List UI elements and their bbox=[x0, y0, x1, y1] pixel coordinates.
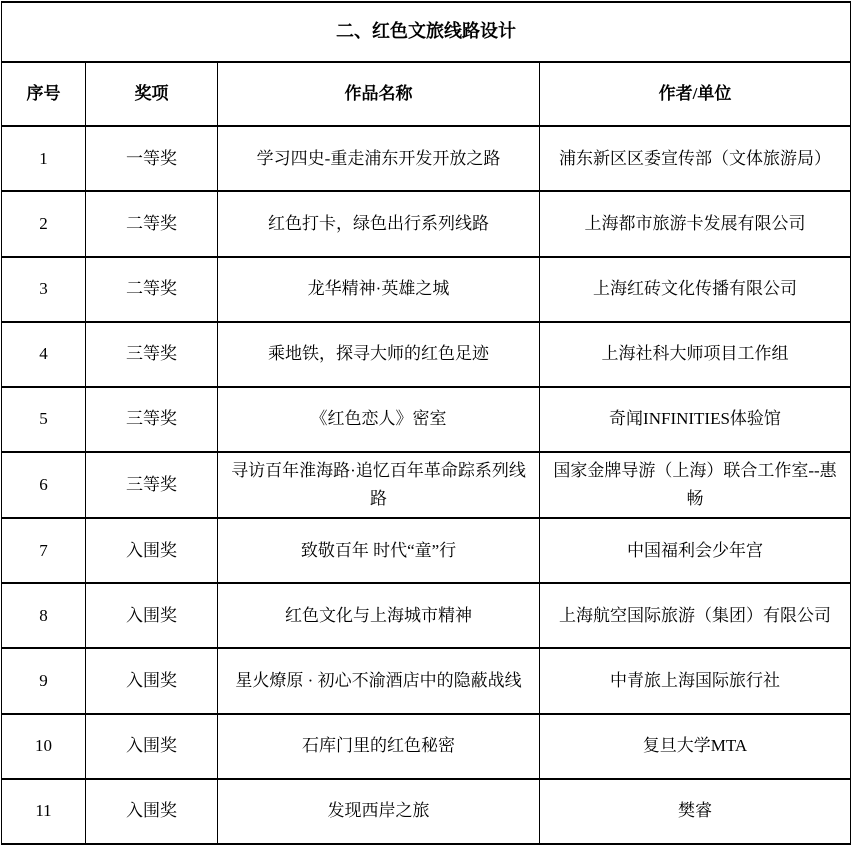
award-table: 二、红色文旅线路设计 序号 奖项 作品名称 作者/单位 1 一等奖 学习四史-重… bbox=[1, 1, 851, 845]
header-author: 作者/单位 bbox=[540, 62, 851, 126]
header-award: 奖项 bbox=[86, 62, 218, 126]
cell-award: 入围奖 bbox=[86, 714, 218, 779]
cell-author: 上海航空国际旅游（集团）有限公司 bbox=[540, 583, 851, 648]
cell-award: 二等奖 bbox=[86, 257, 218, 322]
cell-author: 樊睿 bbox=[540, 779, 851, 844]
cell-no: 11 bbox=[2, 779, 86, 844]
cell-author: 中青旅上海国际旅行社 bbox=[540, 648, 851, 713]
table-row: 5 三等奖 《红色恋人》密室 奇闻INFINITIES体验馆 bbox=[2, 387, 851, 452]
header-work: 作品名称 bbox=[218, 62, 540, 126]
cell-no: 3 bbox=[2, 257, 86, 322]
cell-author: 上海都市旅游卡发展有限公司 bbox=[540, 191, 851, 256]
cell-author: 国家金牌导游（上海）联合工作室--惠畅 bbox=[540, 452, 851, 518]
header-no: 序号 bbox=[2, 62, 86, 126]
table-row: 4 三等奖 乘地铁，探寻大师的红色足迹 上海社科大师项目工作组 bbox=[2, 322, 851, 387]
cell-no: 7 bbox=[2, 518, 86, 583]
cell-no: 10 bbox=[2, 714, 86, 779]
cell-award: 三等奖 bbox=[86, 387, 218, 452]
table-row: 11 入围奖 发现西岸之旅 樊睿 bbox=[2, 779, 851, 844]
cell-work: 学习四史-重走浦东开发开放之路 bbox=[218, 126, 540, 191]
table-row: 7 入围奖 致敬百年 时代“童”行 中国福利会少年宫 bbox=[2, 518, 851, 583]
document-page: 二、红色文旅线路设计 序号 奖项 作品名称 作者/单位 1 一等奖 学习四史-重… bbox=[0, 0, 851, 846]
cell-work: 红色打卡，绿色出行系列线路 bbox=[218, 191, 540, 256]
cell-work: 《红色恋人》密室 bbox=[218, 387, 540, 452]
cell-award: 入围奖 bbox=[86, 648, 218, 713]
cell-award: 一等奖 bbox=[86, 126, 218, 191]
cell-no: 1 bbox=[2, 126, 86, 191]
cell-no: 9 bbox=[2, 648, 86, 713]
table-title-row: 二、红色文旅线路设计 bbox=[2, 2, 851, 62]
cell-no: 5 bbox=[2, 387, 86, 452]
cell-work: 红色文化与上海城市精神 bbox=[218, 583, 540, 648]
cell-author: 上海红砖文化传播有限公司 bbox=[540, 257, 851, 322]
cell-author: 复旦大学MTA bbox=[540, 714, 851, 779]
cell-work: 龙华精神·英雄之城 bbox=[218, 257, 540, 322]
table-row: 8 入围奖 红色文化与上海城市精神 上海航空国际旅游（集团）有限公司 bbox=[2, 583, 851, 648]
cell-author: 浦东新区区委宣传部（文体旅游局） bbox=[540, 126, 851, 191]
cell-award: 入围奖 bbox=[86, 583, 218, 648]
table-row: 6 三等奖 寻访百年淮海路·追忆百年革命踪系列线路 国家金牌导游（上海）联合工作… bbox=[2, 452, 851, 518]
cell-award: 三等奖 bbox=[86, 322, 218, 387]
cell-author: 上海社科大师项目工作组 bbox=[540, 322, 851, 387]
cell-work: 乘地铁，探寻大师的红色足迹 bbox=[218, 322, 540, 387]
table-row: 2 二等奖 红色打卡，绿色出行系列线路 上海都市旅游卡发展有限公司 bbox=[2, 191, 851, 256]
cell-no: 6 bbox=[2, 452, 86, 518]
table-row: 1 一等奖 学习四史-重走浦东开发开放之路 浦东新区区委宣传部（文体旅游局） bbox=[2, 126, 851, 191]
cell-award: 三等奖 bbox=[86, 452, 218, 518]
cell-work: 寻访百年淮海路·追忆百年革命踪系列线路 bbox=[218, 452, 540, 518]
cell-author: 中国福利会少年宫 bbox=[540, 518, 851, 583]
cell-no: 8 bbox=[2, 583, 86, 648]
cell-award: 入围奖 bbox=[86, 779, 218, 844]
cell-author: 奇闻INFINITIES体验馆 bbox=[540, 387, 851, 452]
cell-work: 发现西岸之旅 bbox=[218, 779, 540, 844]
table-header-row: 序号 奖项 作品名称 作者/单位 bbox=[2, 62, 851, 126]
cell-award: 入围奖 bbox=[86, 518, 218, 583]
table-row: 3 二等奖 龙华精神·英雄之城 上海红砖文化传播有限公司 bbox=[2, 257, 851, 322]
cell-work: 石库门里的红色秘密 bbox=[218, 714, 540, 779]
cell-no: 2 bbox=[2, 191, 86, 256]
cell-work: 致敬百年 时代“童”行 bbox=[218, 518, 540, 583]
cell-work: 星火燎原 · 初心不渝酒店中的隐蔽战线 bbox=[218, 648, 540, 713]
cell-no: 4 bbox=[2, 322, 86, 387]
table-title: 二、红色文旅线路设计 bbox=[2, 2, 851, 62]
table-row: 10 入围奖 石库门里的红色秘密 复旦大学MTA bbox=[2, 714, 851, 779]
cell-award: 二等奖 bbox=[86, 191, 218, 256]
table-row: 9 入围奖 星火燎原 · 初心不渝酒店中的隐蔽战线 中青旅上海国际旅行社 bbox=[2, 648, 851, 713]
